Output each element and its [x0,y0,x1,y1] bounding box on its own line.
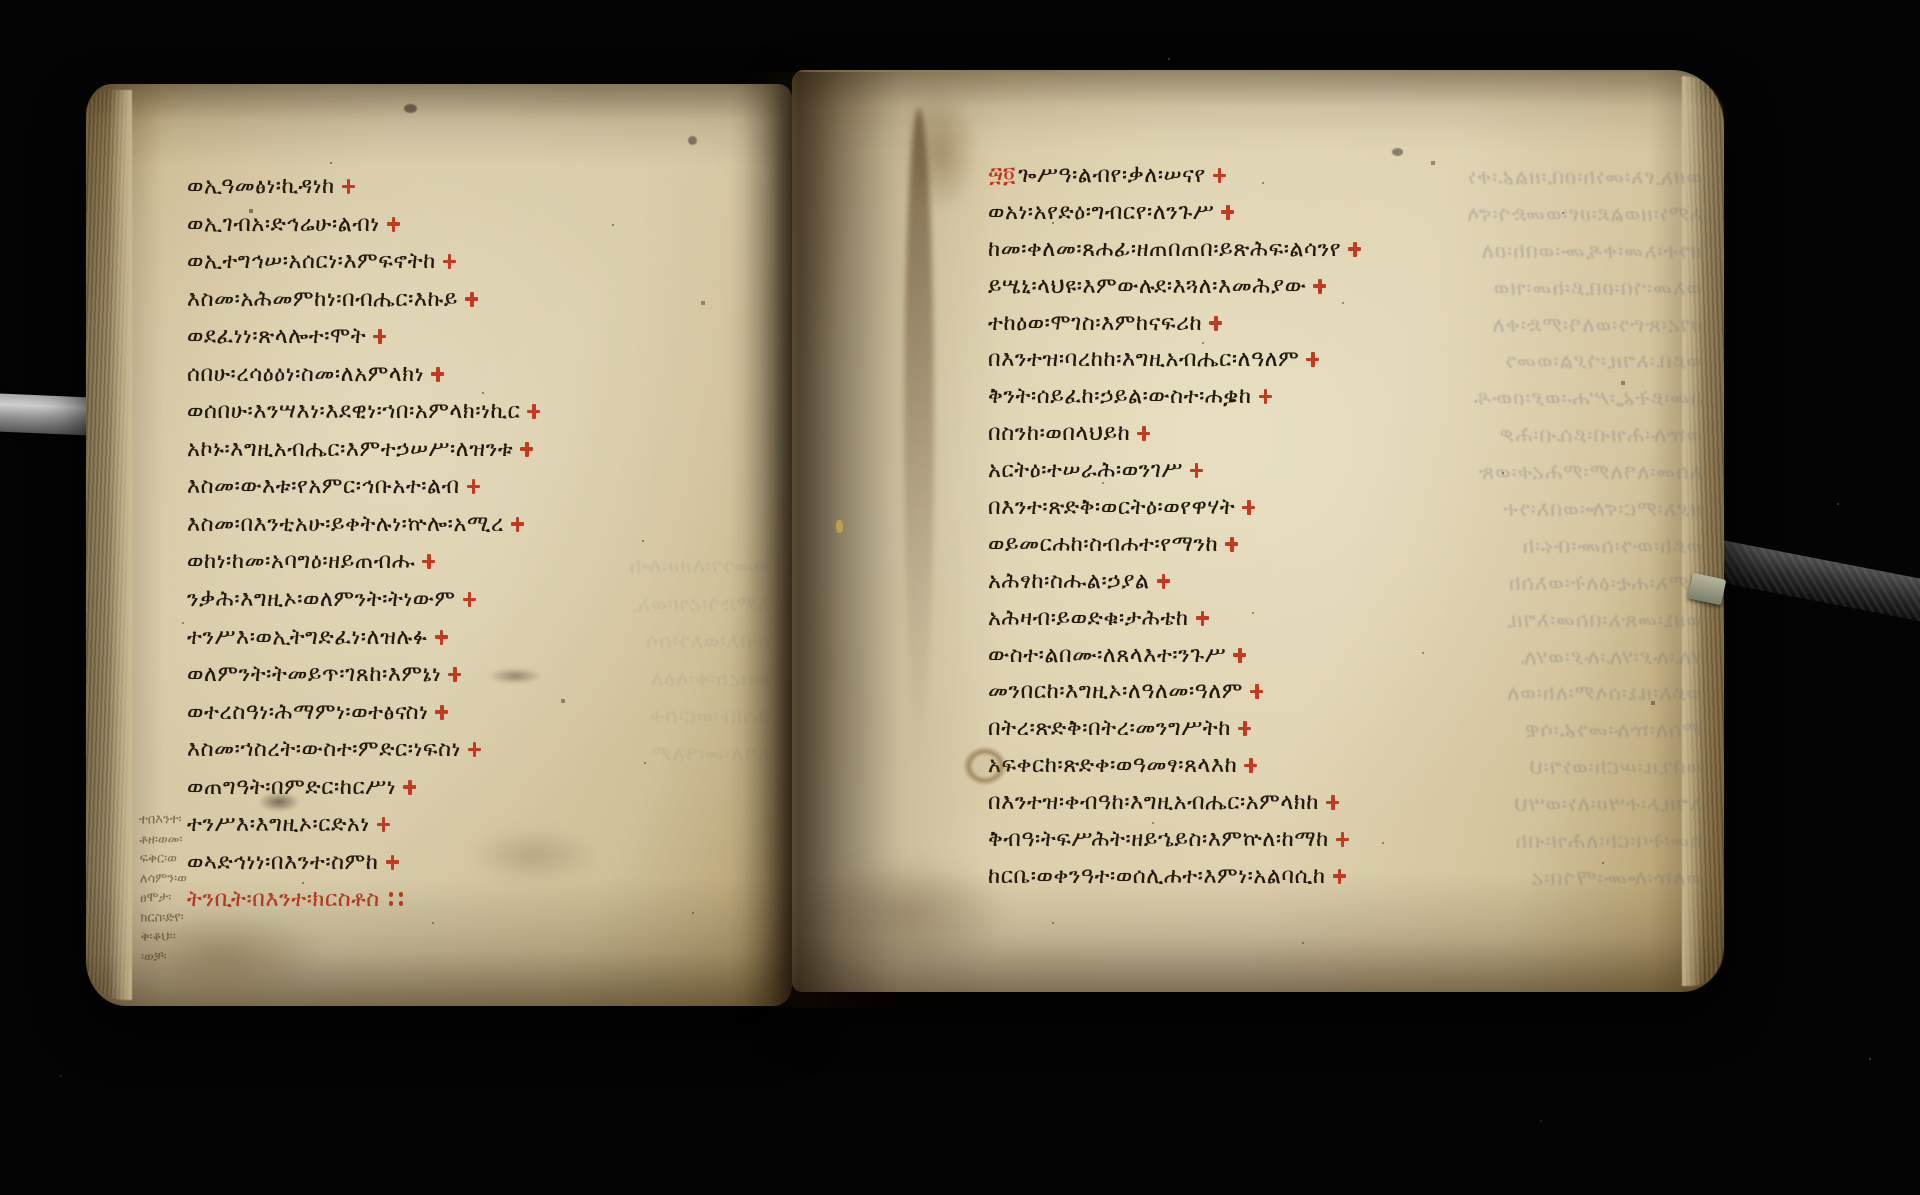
geez-text: አፍቀርከ፡ጽድቀ፡ወዓመፃ፡ጸላእከ [988,753,1237,778]
right-line-16: በትረ፡ጽድቅ፡በትረ፡መንግሥትከ [988,716,1361,753]
red-cross-separator-icon [1225,537,1238,552]
left-line-4: እስመ፡አሕመምከነ፡በብሔር፡እኩይ [187,287,540,325]
red-cross-separator-icon [511,517,524,532]
psalm-number-red: ፵፬ [988,163,1015,188]
left-line-11: ወከነ፡ከመ፡አባግዕ፡ዘይጠብሑ [187,549,540,587]
right-page-edge-stack [1682,76,1724,986]
left-line-14: ወለምንት፡ትመይጥ፡ገጸከ፡እምኔነ [187,662,540,700]
geez-text: ውስተ፡ልበሙ፡ለጸላእተ፡ንጉሥ [988,643,1226,668]
left-line-9: እስመ፡ውእቱ፡የአምር፡ኅቡአተ፡ልብ [187,474,540,512]
geez-text: ንቃሕ፡እግዚኦ፡ወለምንት፡ትነውም [187,587,456,612]
geez-text: ቅብዓ፡ትፍሥሕት፡ዘይኄይስ፡እምኵለ፡ከማከ [988,827,1329,852]
left-line-3: ወኢተግኅሠ፡አሰርነ፡እምፍኖትከ [187,249,540,287]
geez-text: ከመ፡ቀለመ፡ጸሐፊ፡ዘጠበጠበ፡ይጽሕፍ፡ልሳንየ [988,237,1341,262]
red-cross-separator-icon [422,554,435,569]
geez-text: ሰበሁ፡ረሳዕዕነ፡ስመ፡ለአምላክነ [187,362,424,387]
left-line-19: ወኣድኅነነ፡በእንተ፡ስምከ [187,850,540,888]
red-cross-separator-icon [1196,611,1209,626]
red-cross-separator-icon [1157,574,1170,589]
left-line-7: ወሰበሁ፡እንሣእነ፡እደዊነ፡ኀበ፡አምላክ፡ነኪር [187,399,540,437]
margin-gloss-line: ክርስ፡ድየ፡ [140,907,240,928]
red-cross-separator-icon [448,667,461,682]
geez-text: አሕዛብ፡ይወድቁ፡ታሕቴከ [988,606,1189,631]
geez-text: በትረ፡ጽድቅ፡በትረ፡መንግሥትከ [988,716,1231,741]
geez-text: በእንተዝ፡ባረከከ፡እግዚአብሔር፡ለዓለም [988,347,1299,372]
geez-text: ወደፈነነ፡ጽላሎተ፡ሞት [187,324,366,349]
right-line-20: ከርቤ፡ወቀንዓተ፡ወሰሊሐተ፡እምነ፡አልባሲከ [988,864,1361,901]
geez-text: እስመ፡ኀስረት፡ውስተ፡ምድር፡ነፍስነ [187,737,461,762]
geez-text: ወኢገብአ፡ድኅሬሁ፡ልብነ [187,212,380,237]
right-page: ወዘኢየአ፡መነከ፡ዐቢ፡ዘልፈ፡ቀነእምነ፡ዘወልደ፡ሀየ፡ወመድኅ፡ኖላዘን… [792,70,1724,992]
geez-text: ወከነ፡ከመ፡አባግዕ፡ዘይጠብሑ [187,549,415,574]
geez-text: እስመ፡ውእቱ፡የአምር፡ኅቡአተ፡ልብ [187,474,460,499]
gutter-fold-stain [904,108,934,748]
red-cross-separator-icon [1209,316,1222,331]
geez-text: ጐሥዓ፡ልብየ፡ቃለ፡ሠናየ [1018,163,1205,188]
geez-text: አሕፃከ፡ስሑል፡ኃያል [988,569,1150,594]
left-line-16: እስመ፡ኀስረት፡ውስተ፡ምድር፡ነፍስነ [187,737,540,775]
geez-text: በስንከ፡ወበላህይከ [988,421,1130,446]
red-cross-separator-icon [386,855,399,870]
red-cross-separator-icon [1313,279,1326,294]
right-line-13: አሕዛብ፡ይወድቁ፡ታሕቴከ [988,606,1361,643]
red-cross-separator-icon [465,292,478,307]
geez-text: ወአነ፡አየድዕ፡ግብርየ፡ለንጉሥ [988,200,1214,225]
red-cross-separator-icon [468,742,481,757]
geez-text: ይሤኒ፡ላህዩ፡እምውሉደ፡እጓለ፡እመሕያው [988,274,1306,299]
right-line-8: በስንከ፡ወበላህይከ [988,421,1361,458]
right-line-4: ይሤኒ፡ላህዩ፡እምውሉደ፡እጓለ፡እመሕያው [988,274,1361,311]
red-cross-separator-icon [1336,832,1349,847]
red-cross-separator-icon [1190,463,1203,478]
red-cross-separator-icon [1137,426,1150,441]
left-page-edge-stack [86,90,132,1000]
geez-text: ወተረስዓነ፡ሕማምነ፡ወተፅናስነ [187,700,428,725]
margin-gloss-line: ተበእንተ፡ [139,809,239,830]
geez-text: አርትዕ፡ተሠራሕ፡ወንገሥ [988,458,1183,483]
geez-text: ወይመርሐከ፡ስብሐተ፡የማንከ [988,532,1218,557]
margin-gloss-line: ቅ፡ቆህ፡፡ [141,926,241,947]
geez-text: ወጠግዓት፡በምድር፡ከርሥነ [187,775,396,800]
red-cross-separator-icon [1221,205,1234,220]
right-line-19: ቅብዓ፡ትፍሥሕት፡ዘይኄይስ፡እምኵለ፡ከማከ [988,827,1361,864]
red-cross-separator-icon [1213,168,1226,183]
geez-text: ቅንት፡ሰይፈከ፡ኃይል፡ውስተ፡ሐቌከ [988,384,1252,409]
geez-text: ወሰበሁ፡እንሣእነ፡እደዊነ፡ኀበ፡አምላክ፡ነኪር [187,399,520,424]
geez-text: እስመ፡አሕመምከነ፡በብሔር፡እኩይ [187,287,458,312]
right-line-6: በእንተዝ፡ባረከከ፡እግዚአብሔር፡ለዓለም [988,347,1361,384]
red-cross-separator-icon [1348,242,1361,257]
red-cross-separator-icon [431,367,444,382]
red-cross-separator-icon [463,592,476,607]
right-line-11: ወይመርሐከ፡ስብሐተ፡የማንከ [988,532,1361,569]
red-cross-separator-icon [1233,648,1246,663]
red-cross-separator-icon [520,442,533,457]
red-cross-separator-icon [403,780,416,795]
left-line-13: ተንሥእ፡ወኢትግድፈነ፡ለዝሉፉ [187,625,540,663]
left-line-8: አኮኑ፡እግዚአብሔር፡እምተኃሠሥ፡ለዝንቱ [187,437,540,475]
red-cross-separator-icon [435,705,448,720]
red-cross-separator-icon [435,630,448,645]
margin-gloss-line: ለሳምን፡ወ [140,868,240,889]
red-cross-separator-icon [373,329,386,344]
photo-of-open-manuscript: ወመንገ፡ለዘሀ፡ሎከእምድኅ፡ረዝ፡ወኢሰብእ፡ወእን፡ስሳወበረከ፡ቱ፡ላዕ… [0,0,1920,1195]
red-cross-separator-icon [387,217,400,232]
geez-text: ወኢዓመፅነ፡ኪዳነከ [187,174,335,199]
red-cross-separator-icon [342,179,355,194]
right-line-15: መንበርከ፡እግዚኦ፡ለዓለመ፡ዓለም [988,679,1361,716]
left-line-1: ወኢዓመፅነ፡ኪዳነከ [187,174,540,212]
geez-text: መንበርከ፡እግዚኦ፡ለዓለመ፡ዓለም [988,679,1243,704]
geez-text: እስመ፡በእንቲአሁ፡ይቀትሉነ፡ኵሎ፡አሚረ [187,512,504,537]
right-page-text-block: ፵፬ጐሥዓ፡ልብየ፡ቃለ፡ሠናየወአነ፡አየድዕ፡ግብርየ፡ለንጉሥከመ፡ቀለመ… [988,163,1361,901]
geez-text: አኮኑ፡እግዚአብሔር፡እምተኃሠሥ፡ለዝንቱ [187,437,513,462]
right-line-12: አሕፃከ፡ስሑል፡ኃያል [988,569,1361,606]
right-line-5: ተከዕወ፡ሞገስ፡እምከናፍሪከ [988,311,1361,348]
geez-text: ተንሥእ፡ወኢትግድፈነ፡ለዝሉፉ [187,625,428,650]
geez-text: በእንተ፡ጽድቅ፡ወርትዕ፡ወየዋሃት [988,495,1235,520]
red-cross-separator-icon [527,404,540,419]
right-line-7: ቅንት፡ሰይፈከ፡ኃይል፡ውስተ፡ሐቌከ [988,384,1361,421]
left-line-2: ወኢገብአ፡ድኅሬሁ፡ልብነ [187,212,540,250]
right-line-17: አፍቀርከ፡ጽድቀ፡ወዓመፃ፡ጸላእከ [988,753,1361,790]
red-cross-separator-icon [1333,869,1346,884]
right-line-2: ወአነ፡አየድዕ፡ግብርየ፡ለንጉሥ [988,200,1361,237]
right-line-10: በእንተ፡ጽድቅ፡ወርትዕ፡ወየዋሃት [988,495,1361,532]
red-cross-separator-icon [1306,352,1319,367]
right-line-1: ፵፬ጐሥዓ፡ልብየ፡ቃለ፡ሠናየ [988,163,1361,200]
red-cross-separator-icon [443,254,456,269]
margin-gloss-line: ፡ወቻ፡ [141,946,241,967]
right-line-3: ከመ፡ቀለመ፡ጸሐፊ፡ዘጠበጠበ፡ይጽሕፍ፡ልሳንየ [988,237,1361,274]
left-line-5: ወደፈነነ፡ጽላሎተ፡ሞት [187,324,540,362]
left-page-text-block: ወኢዓመፅነ፡ኪዳነከወኢገብአ፡ድኅሬሁ፡ልብነወኢተግኅሠ፡አሰርነ፡እምፍ… [187,174,540,925]
red-cross-separator-icon [1259,389,1272,404]
red-cross-separator-icon [1238,721,1251,736]
red-cross-separator-icon [1242,500,1255,515]
red-cross-separator-icon [1326,795,1339,810]
left-line-6: ሰበሁ፡ረሳዕዕነ፡ስመ፡ለአምላክነ [187,362,540,400]
margin-gloss-line: ፍቅር፡ወ [139,848,239,869]
right-line-14: ውስተ፡ልበሙ፡ለጸላእተ፡ንጉሥ [988,643,1361,680]
left-line-17: ወጠግዓት፡በምድር፡ከርሥነ [187,775,540,813]
red-cross-separator-icon [1244,758,1257,773]
red-cross-separator-icon [1250,684,1263,699]
geez-text: ወለምንት፡ትመይጥ፡ገጸከ፡እምኔነ [187,662,441,687]
right-line-18: በእንተዝ፡ቀብዓከ፡እግዚአብሔር፡አምላክከ [988,790,1361,827]
margin-gloss-line: ፀሞታ፡ [140,887,240,908]
left-line-18: ተንሥእ፡እግዚኦ፡ርድአነ [187,812,540,850]
ethiopic-paragraph-mark-icon [387,890,405,906]
left-page: ወመንገ፡ለዘሀ፡ሎከእምድኅ፡ረዝ፡ወኢሰብእ፡ወእን፡ስሳወበረከ፡ቱ፡ላዕ… [86,84,792,1006]
left-page-margin-gloss: ተበእንተ፡ቶዘ፡ወመ፡ፍቅር፡ወለሳምን፡ወፀሞታ፡ክርስ፡ድየ፡ቅ፡ቆህ፡፡… [139,809,241,966]
red-cross-separator-icon [377,817,390,832]
left-line-15: ወተረስዓነ፡ሕማምነ፡ወተፅናስነ [187,700,540,738]
red-cross-separator-icon [467,479,480,494]
geez-text: ወኢተግኅሠ፡አሰርነ፡እምፍኖትከ [187,249,436,274]
background-dust-specks [0,0,2,2]
left-line-12: ንቃሕ፡እግዚኦ፡ወለምንት፡ትነውም [187,587,540,625]
geez-text: በእንተዝ፡ቀብዓከ፡እግዚአብሔር፡አምላክከ [988,790,1319,815]
geez-text: ተከዕወ፡ሞገስ፡እምከናፍሪከ [988,311,1202,336]
right-line-9: አርትዕ፡ተሠራሕ፡ወንገሥ [988,458,1361,495]
geez-text: ከርቤ፡ወቀንዓተ፡ወሰሊሐተ፡እምነ፡አልባሲከ [988,864,1326,889]
left-line-10: እስመ፡በእንቲአሁ፡ይቀትሉነ፡ኵሎ፡አሚረ [187,512,540,550]
margin-gloss-line: ቶዘ፡ወመ፡ [139,829,239,850]
